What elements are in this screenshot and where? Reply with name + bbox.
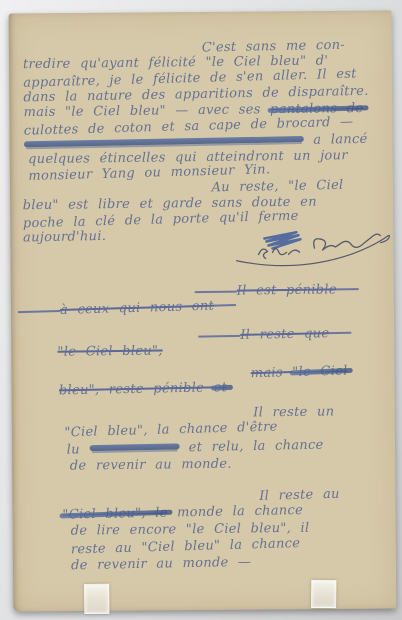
manuscript-line: à ceux qui nous ont (60, 299, 215, 318)
manuscript-line: "Ciel bleu", la chance d'être (64, 419, 278, 440)
handwritten-text: aujourd'hui. (23, 229, 106, 246)
handwritten-text: reste au "Ciel bleu" la chance (71, 536, 301, 557)
manuscript-line: aujourd'hui. (23, 229, 106, 246)
handwritten-text: de revenir au monde. (70, 457, 232, 474)
tape-strip-right (311, 580, 336, 608)
struck-text: Il est pénible (237, 282, 337, 298)
manuscript-line: Il reste un (253, 404, 334, 420)
manuscript-paper-sheet: C'est sans me con-tredire qu'ayant félic… (9, 11, 397, 612)
ink-layer: C'est sans me con-tredire qu'ayant félic… (7, 10, 397, 613)
struck-text: "Ciel bleu", le (62, 506, 167, 523)
manuscript-line: lu et relu, la chance (67, 438, 324, 458)
tape-strip-left (84, 584, 109, 614)
manuscript-line: bleu", reste pénible et (59, 380, 227, 398)
struck-text: bleu", reste pénible (59, 380, 214, 398)
handwritten-text: et relu, la chance (179, 438, 324, 456)
struck-text: Il reste que (240, 326, 329, 343)
handwritten-text: de revenir au monde — (71, 555, 251, 573)
manuscript-line: "Ciel bleu", le monde la chance (62, 503, 303, 523)
handwritten-text: Il reste un (253, 404, 334, 420)
manuscript-line: Il est pénible (237, 282, 337, 298)
manuscript-photo: C'est sans me con-tredire qu'ayant félic… (0, 0, 402, 620)
struck-text: mais (251, 365, 293, 381)
struck-text: "le Ciel bleu", (57, 343, 162, 359)
handwritten-text: "Ciel bleu", la chance d'être (64, 419, 278, 440)
handwritten-text: monde la chance (168, 503, 304, 521)
scratched-out-text (89, 443, 179, 451)
manuscript-line: de revenir au monde. (70, 457, 232, 474)
handwritten-text: lu (67, 442, 90, 457)
signature-flourish (234, 225, 396, 272)
manuscript-line: reste au "Ciel bleu" la chance (71, 536, 301, 557)
handwritten-text: a lancé (304, 132, 368, 148)
manuscript-line: Il reste que (240, 326, 329, 343)
handwritten-text: Il reste au (259, 487, 340, 504)
manuscript-line: "le Ciel bleu", (57, 343, 162, 359)
struck-text: et (213, 380, 227, 395)
manuscript-line: mais "le Ciel (251, 363, 348, 381)
struck-text: à ceux qui nous ont (60, 299, 215, 318)
scratched-out-text (24, 136, 304, 147)
manuscript-line: de revenir au monde — (71, 555, 251, 573)
struck-text: "le Ciel (292, 363, 348, 380)
handwritten-text: Au reste, "le Ciel (211, 178, 343, 196)
manuscript-line: Il reste au (259, 487, 340, 504)
manuscript-line: Au reste, "le Ciel (211, 178, 343, 196)
